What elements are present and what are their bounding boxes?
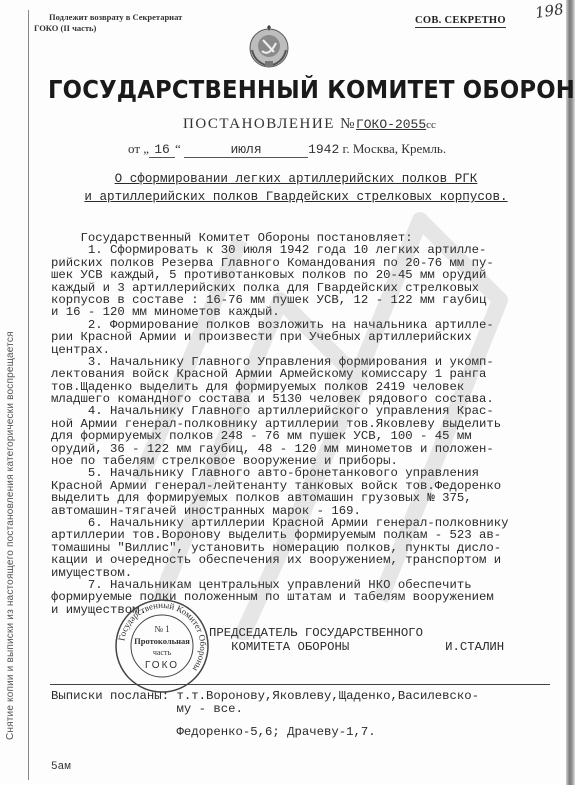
svg-text:часть: часть — [153, 648, 172, 657]
ussr-emblem-icon — [247, 25, 291, 69]
resolution-label: ПОСТАНОВЛЕНИЕ № — [183, 116, 356, 132]
distribution-list: Выписки посланы: т.т.Воронову,Яковлеву,Щ… — [51, 690, 479, 739]
return-note: Подлежит возврату в Секретариат ГОКО (II… — [34, 12, 182, 34]
scan-edge-shadow — [566, 0, 575, 785]
body-line: артиллерии тов.Воронову выделить формиру… — [51, 529, 551, 541]
copy-prohibition-note: Снятие копии и выписки из настоящего пос… — [5, 140, 19, 740]
signature-title-line: КОМИТЕТА ОБОРОНЫ — [209, 640, 349, 654]
resolution-suffix: сс — [426, 119, 436, 131]
date-line: от „16“ июля1942 г. Москва, Кремль. — [128, 141, 446, 158]
body-line: выделить для формируемых полков автомаши… — [51, 492, 551, 504]
body-line: лектования войск Красной Армии Армейском… — [51, 368, 551, 380]
body-line: 5. Начальнику Главного авто-бронетанково… — [51, 467, 551, 479]
date-day: 16 — [149, 142, 175, 158]
resolution-code: ГОКО-2055 — [356, 117, 426, 132]
left-margin-rule — [28, 10, 29, 780]
return-note-line: Подлежит возврату в Секретариат — [34, 12, 182, 23]
subject-heading: О сформировании легких артиллерийских по… — [66, 170, 526, 206]
svg-text:Протокольная: Протокольная — [134, 636, 190, 646]
goko-stamp: Государственный Комитет Обороны № 1 Прот… — [114, 598, 210, 694]
body-line: кации и очередность обеспечения их воору… — [51, 554, 551, 566]
signature-title-line: ПРЕДСЕДАТЕЛЬ ГОСУДАРСТВЕННОГО — [209, 626, 423, 640]
body-line: шек УСВ каждый, 5 противотанковых полков… — [51, 269, 551, 281]
typist-code: 5ам — [51, 761, 71, 773]
signatory-name: И.СТАЛИН — [445, 640, 504, 654]
body-line: для формируемых полков 248 - 76 мм пушек… — [51, 430, 551, 442]
divider — [50, 684, 550, 685]
body-line: 1. Сформировать к 30 июля 1942 года 10 л… — [51, 244, 551, 256]
date-quote: “ — [175, 141, 181, 156]
date-place: г. Москва, Кремль. — [343, 141, 447, 156]
resolution-body: Государственный Комитет Обороны постанов… — [51, 232, 551, 616]
date-month: июля — [184, 142, 308, 158]
distribution-line: му - все. — [51, 703, 479, 716]
svg-text:ГОКО: ГОКО — [145, 660, 179, 671]
return-note-line: ГОКО (II часть) — [34, 23, 182, 34]
document-page: Снятие копии и выписки из настоящего пос… — [0, 0, 575, 785]
date-year: 1942 — [308, 142, 339, 157]
signature-block: ПРЕДСЕДАТЕЛЬ ГОСУДАРСТВЕННОГО КОМИТЕТА О… — [209, 626, 504, 654]
resolution-number: ПОСТАНОВЛЕНИЕ №ГОКО-2055сс — [183, 116, 436, 133]
date-prefix: от „ — [128, 141, 149, 156]
distribution-line: Выписки посланы: т.т.Воронову,Яковлеву,Щ… — [51, 690, 479, 703]
classification-mark: СОВ. СЕКРЕТНО — [415, 15, 506, 28]
body-line: рии Красной Армии и произвести при Учебн… — [51, 331, 551, 343]
svg-text:№ 1: № 1 — [154, 624, 169, 634]
subject-line: и артиллерийских полков Гвардейских стре… — [84, 190, 507, 204]
page-title: ГОСУДАРСТВЕННЫЙ КОМИТЕТ ОБОРОНЫ — [48, 75, 476, 104]
body-line: 4. Начальнику Главного артиллерийского у… — [51, 405, 551, 417]
body-line: и 16 - 120 мм минометов каждый. — [51, 306, 551, 318]
distribution-line: Федоренко-5,6; Драчеву-1,7. — [51, 726, 479, 739]
archive-page-number: 198 — [534, 0, 565, 22]
subject-line: О сформировании легких артиллерийских по… — [115, 172, 478, 186]
